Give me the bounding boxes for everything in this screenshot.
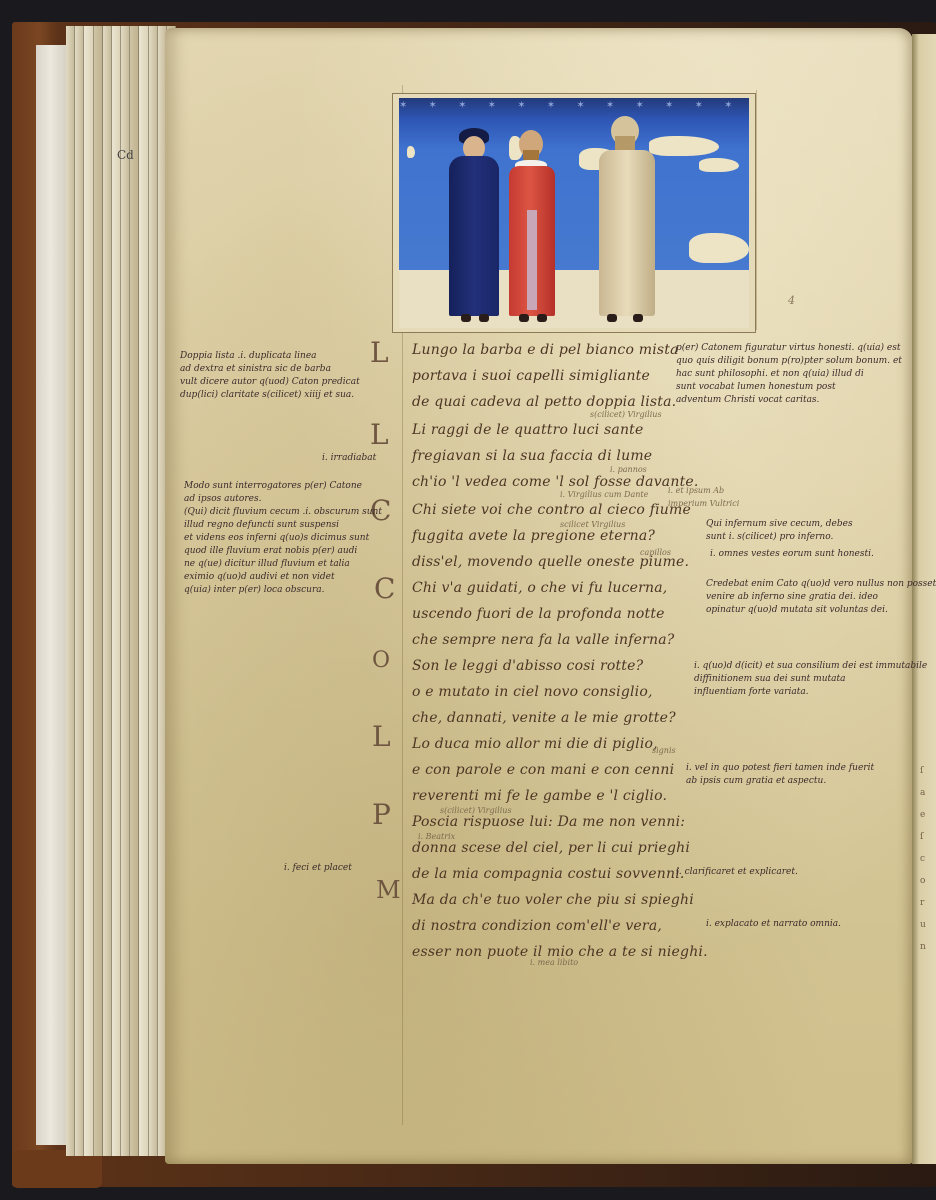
interlinear-gloss: s(cilicet) Virgilius bbox=[440, 804, 512, 817]
leaf-edge bbox=[75, 26, 84, 1156]
leaf-edge bbox=[66, 26, 75, 1156]
left-margin-gloss: Modo sunt interrogatores p(er) Catone ad… bbox=[184, 480, 382, 597]
ruling-line bbox=[756, 90, 757, 330]
paint-loss bbox=[689, 233, 749, 263]
left-margin-gloss: i. feci et placet bbox=[284, 862, 352, 875]
interlinear-gloss: i. Beatrix bbox=[418, 830, 455, 843]
paint-loss bbox=[699, 158, 739, 172]
right-margin-gloss: i. vel in quo potest fieri tamen inde fu… bbox=[686, 762, 874, 788]
leaf-edge bbox=[149, 26, 158, 1156]
verse-line: fuggita avete la pregione eterna? bbox=[412, 528, 655, 554]
page-stack-edges bbox=[66, 26, 176, 1156]
right-margin-gloss: i. clarificaret et explicaret. bbox=[676, 866, 798, 879]
leaf-edge bbox=[84, 26, 93, 1156]
miniature-illumination: ✶ ✶ ✶ ✶ ✶ ✶ ✶ ✶ ✶ ✶ ✶ ✶ ✶ ✶ ✶ ✶ ✶ bbox=[392, 93, 756, 333]
verse-line: Ma da ch'e tuo voler che piu si spieghi bbox=[412, 892, 694, 918]
interlinear-gloss: i. Virgilius cum Dante bbox=[560, 488, 648, 501]
right-margin-gloss: i. et ipsum Ab imperium Vultrici bbox=[668, 484, 739, 510]
leaf-edge bbox=[130, 26, 139, 1156]
verse-line: che, dannati, venite a le mie grotte? bbox=[412, 710, 676, 736]
feet bbox=[479, 314, 489, 322]
interlinear-gloss: i. mea libito bbox=[530, 956, 578, 969]
right-margin-gloss: i. omnes vestes eorum sunt honesti. bbox=[710, 548, 874, 561]
right-margin-gloss: Credebat enim Cato q(uo)d vero nullus no… bbox=[706, 578, 936, 617]
figure-dante bbox=[445, 128, 505, 328]
initial-letter: L bbox=[370, 418, 389, 451]
paint-loss bbox=[407, 146, 415, 158]
verse-line: Lo duca mio allor mi die di piglio, bbox=[412, 736, 658, 762]
facing-page-notes: ſaeſcorun bbox=[920, 760, 936, 958]
leaf-edge bbox=[94, 26, 103, 1156]
verse-line: portava i suoi capelli simigliante bbox=[412, 368, 650, 394]
right-margin-gloss: Qui infernum sive cecum, debes sunt i. s… bbox=[706, 518, 853, 544]
verse-line: de la mia compagnia costui sovvenni. bbox=[412, 866, 685, 892]
feet bbox=[537, 314, 547, 322]
figure-cato bbox=[589, 116, 669, 328]
verse-line: o e mutato in ciel novo consiglio, bbox=[412, 684, 653, 710]
feet bbox=[519, 314, 529, 322]
initial-letter: P bbox=[372, 798, 391, 831]
right-margin-gloss: i. q(uo)d d(icit) et sua consilium dei e… bbox=[694, 660, 927, 699]
initial-letter: L bbox=[370, 336, 389, 369]
verse-line: uscendo fuori de la profonda notte bbox=[412, 606, 665, 632]
initial-letter: L bbox=[372, 720, 391, 753]
interlinear-gloss: capillos bbox=[640, 546, 671, 559]
white-robe bbox=[599, 150, 655, 316]
verse-line: Chi v'a guidati, o che vi fu lucerna, bbox=[412, 580, 667, 606]
initial-letter: O bbox=[372, 648, 390, 673]
folio-mark: 4 bbox=[788, 294, 795, 307]
feet bbox=[607, 314, 617, 322]
leaf-edge bbox=[139, 26, 148, 1156]
blue-robe bbox=[449, 156, 499, 316]
interlinear-gloss: s(cilicet) Virgilius bbox=[590, 408, 662, 421]
verse-line: che sempre nera fa la valle inferna? bbox=[412, 632, 674, 658]
robe-lining bbox=[527, 210, 537, 310]
right-margin-gloss: i. explacato et narrato omnia. bbox=[706, 918, 841, 931]
feet bbox=[461, 314, 471, 322]
verse-line: ch'io 'l vedea come 'l sol fosse davante… bbox=[412, 474, 699, 500]
verse-line: Lungo la barba e di pel bianco mista bbox=[412, 342, 679, 368]
right-margin-gloss: p(er) Catonem figuratur virtus honesti. … bbox=[676, 342, 902, 407]
verse-line: di nostra condizion com'ell'e vera, bbox=[412, 918, 662, 944]
verse-line: e con parole e con mani e con cenni bbox=[412, 762, 674, 788]
verse-line: donna scese del ciel, per li cui prieghi bbox=[412, 840, 690, 866]
leaf-edge bbox=[112, 26, 121, 1156]
initial-letter: M bbox=[376, 876, 401, 904]
leaf-edge bbox=[103, 26, 112, 1156]
leaf-edge bbox=[121, 26, 130, 1156]
verse-line: Son le leggi d'abisso cosi rotte? bbox=[412, 658, 643, 684]
leaf-edge-label: Cd bbox=[117, 148, 134, 162]
interlinear-gloss: i. pannos bbox=[610, 463, 647, 476]
verse-line: Li raggi de le quattro luci sante bbox=[412, 422, 644, 448]
figure-virgil bbox=[501, 130, 561, 330]
left-margin-gloss: i. irradiabat bbox=[322, 452, 376, 465]
star-border: ✶ ✶ ✶ ✶ ✶ ✶ ✶ ✶ ✶ ✶ ✶ ✶ ✶ ✶ ✶ ✶ ✶ bbox=[399, 98, 749, 114]
verse-line: Chi siete voi che contro al cieco fiume bbox=[412, 502, 691, 528]
interlinear-gloss: scilicet Virgilius bbox=[560, 518, 625, 531]
interlinear-gloss: signis bbox=[652, 744, 676, 757]
feet bbox=[633, 314, 643, 322]
left-margin-gloss: Doppia lista .i. duplicata linea ad dext… bbox=[180, 350, 360, 402]
